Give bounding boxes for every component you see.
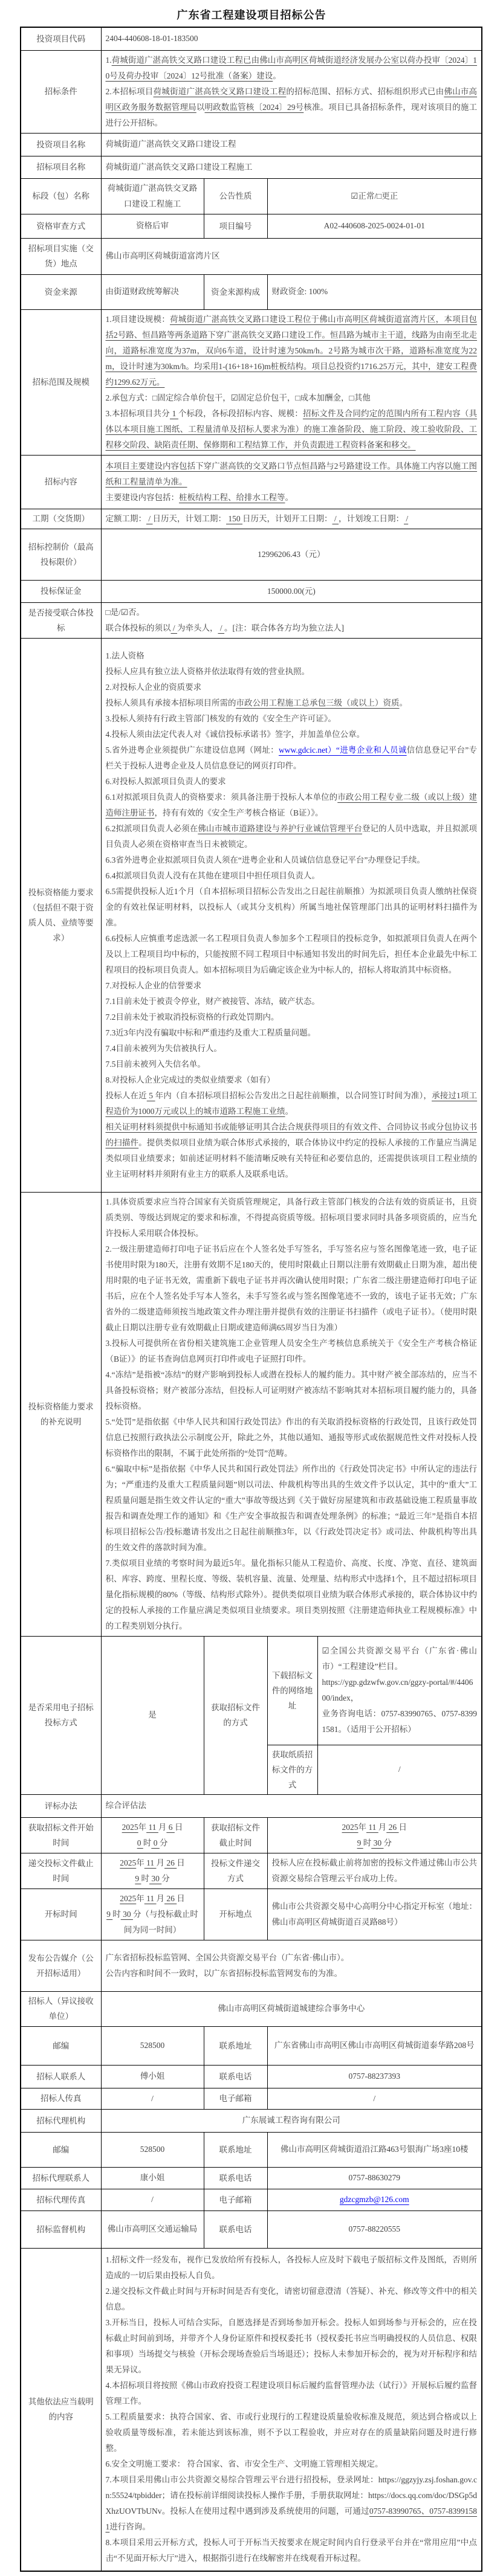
table-row: 招标条件1.荷城街道广湛高铁交叉路口建设工程已由佛山市高明区荷城街道经济发展办公… (21, 50, 482, 133)
text-segment: 5 (147, 1091, 155, 1100)
label-tender-project-name: 招标项目名称 (21, 156, 101, 178)
text-segment: 7.1目前未处于被责令停业，财产被接管、冻结，破产状态。 (106, 997, 320, 1006)
tenderer-value: 佛山市高明区荷城街道城建综合事务中心 (101, 1991, 482, 2026)
project-location-value: 佛山市高明区荷城街道富湾片区 (101, 238, 482, 274)
text-segment: ☑全国公共资源交易平台（广东省·佛山市）“工程建设”栏目。 (322, 1646, 478, 1671)
text-segment: 7.2目前未处于被取消投标资格的行政处罚期内。 (106, 1013, 279, 1022)
paragraph: 联系电话 (209, 2069, 263, 2084)
text-segment: 日历天，计划开工日期： (242, 514, 333, 523)
paragraph: 招标人传真 (25, 2091, 97, 2106)
text-segment: 5.省外进粤企业须提供广东建设信息网（网址： (106, 745, 279, 755)
paragraph: / (106, 2091, 200, 2107)
investment-project-name-value: 荷城街道广湛高铁交叉路口建设工程 (101, 133, 482, 156)
text-segment: 11 (146, 1823, 158, 1832)
label-qualification-review-method: 资格审查方式 (21, 214, 101, 238)
label-bidder-qualification-requirements: 投标资格能力要求（包括但不限于资质人员、业绩等要求） (21, 638, 101, 1192)
paragraph: 邮编 (25, 2038, 97, 2053)
text-segment: 荷城街道广湛高铁交叉路口建设工程位于佛山市高明区荷城街道富湾片区，本项目包括2号… (106, 315, 478, 387)
paragraph: 投标人应具有独立法人资格并依法取得有效的营业执照。 (106, 664, 478, 680)
supervision-authority-value: 佛山市高明区交通运输局 (101, 2211, 204, 2248)
label-notice-nature: 公告性质 (204, 178, 267, 214)
paragraph: 发布公告媒介（公开招标适用） (25, 1951, 97, 1981)
text-segment: 月 (157, 1894, 165, 1903)
paragraph: 综合评估法 (106, 1798, 478, 1814)
text-segment: 发布公告媒介（公开招标适用） (28, 1954, 94, 1978)
label-agency-contact: 招标代理联系人 (21, 2167, 101, 2189)
table-row: 发布公告媒介（公开招标适用）广东省招标投标监管网、全国公共资源交易平台（广东省·… (21, 1940, 482, 1991)
paragraph: 投标人应在投标截止前将加密的投标文件通过佛山市公共资源交易综合管理云平台成功上传… (272, 1855, 478, 1887)
text-segment: 。 (400, 698, 408, 707)
text-segment: 26 (164, 1858, 177, 1867)
text-segment: 定额工期： (106, 514, 147, 523)
text-segment: 开标地点 (219, 1910, 252, 1919)
label-obtain-documents-method: 获取招标文件的方式 (204, 1636, 267, 1794)
label-tenderer: 招标人（异议接收单位） (21, 1991, 101, 2026)
tenderer-postcode-value: 528500 (101, 2026, 204, 2065)
table-row: 招标监督机构佛山市高明区交通运输局联系电话0757-88220555 (21, 2211, 482, 2248)
paragraph: 7.4目前未被列为失信被执行人。 (106, 1041, 478, 1057)
table-row: 邮编528500联系地址佛山市高明区荷城街道沿江路463号银海广场3座10楼 (21, 2132, 482, 2167)
hyperlink[interactable]: www.gdcic.net）“进粤企业和人员诚 (279, 745, 407, 755)
label-tender-conditions: 招标条件 (21, 50, 101, 133)
paragraph: 2.本招标项目荷城街道广湛高铁交叉路口建设工程的招标范围、招标方式、招标组织形式… (106, 84, 478, 131)
label-tenderer-email: 电子邮箱 (204, 2088, 267, 2109)
paragraph: 5.工程质量要求：执符合国家、省、市或行业现行的工程建设质量验收标准及规范，须达… (106, 2409, 478, 2456)
text-segment: 由街道财政统筹解决 (106, 287, 180, 296)
text-segment: 荷城街道广湛高铁交叉路口建设工程施工 (108, 184, 198, 208)
paragraph: 招标代理联系人 (25, 2171, 97, 2186)
paragraph: 6.2拟派项目负责人必须在佛山市城市道路建设与养护行业诚信管理平台登记的人员中选… (106, 821, 478, 852)
text-segment: 投标人须具有承接本招标项目所需的 (106, 698, 236, 707)
text-segment: 投标资格能力要求（包括但不限于资质人员、业绩等要求） (28, 888, 94, 942)
paragraph: 招标人（异议接收单位） (25, 1994, 97, 2024)
text-segment: 年内（自本招标项目招标公告发出之日起往前顺推，以合同签订时间为准）， (155, 1091, 432, 1100)
text-segment: 傅小姐 (140, 2072, 165, 2081)
text-segment: / (398, 1765, 401, 1774)
text-segment: 3.本招标项目共分 (106, 409, 170, 418)
paragraph: ☑全国公共资源交易平台（广东省·佛山市）“工程建设”栏目。 (322, 1643, 478, 1675)
paragraph: 电子邮箱 (209, 2192, 263, 2207)
tenderer-email-value: / (267, 2088, 482, 2109)
label-tenderer-contact: 招标人联系人 (21, 2065, 101, 2088)
text-segment: 1.招标文件一经发布，视作已发放给所有投标人，各投标人应及时下载电子版招标文件及… (106, 2255, 478, 2280)
label-agency-phone: 联系电话 (204, 2167, 267, 2189)
paragraph: 业务咨询电话：0757-83990765、0757-83991581。（适用于公… (322, 1706, 478, 1737)
fund-source-value: 由街道财政统筹解决 (101, 274, 204, 309)
text-segment: 工期（交货期） (33, 514, 90, 523)
paragraph: 6.安全文明施工要求： 符合国家、省、市安全生产、文明施工管理相关规定。 (106, 2456, 478, 2472)
paragraph: 佛山市高明区荷城街道沿江路463号银海广场3座10楼 (272, 2142, 478, 2157)
paragraph: 佛山市高明区荷城街道富湾片区 (106, 248, 478, 264)
text-segment: 年 (359, 1823, 367, 1832)
text-segment: 0757-88220555 (349, 2224, 401, 2233)
text-segment: 6 (166, 1823, 175, 1832)
label-agency-address: 联系地址 (204, 2132, 267, 2167)
text-segment: 荷城街道广湛高铁交叉路口建设工程已由佛山市高明区荷城街道经济发展办公室以荷办投审… (106, 56, 478, 80)
text-segment: 联系地址 (219, 2145, 252, 2154)
paragraph: 2.一级注册建造师打印电子证书后应在个人签名处手写签名，手写签名应与签名图像笔迹… (106, 1241, 478, 1336)
table-row: 工期（交货期）定额工期： / 日历天，计划工期： 150 日历天，计划开工日期：… (21, 509, 482, 529)
paragraph: 联系电话 (209, 2171, 263, 2186)
text-segment: 年 (138, 1823, 147, 1832)
text-segment: 。 (285, 1107, 294, 1116)
text-segment: 0 (151, 1838, 160, 1847)
label-download-url: 下载招标文件的网络地址 (267, 1636, 317, 1745)
text-segment: 广东省招标投标监管网、全国公共资源交易平台（广东省·佛山市）。 (106, 1953, 349, 1962)
paragraph: 本项目主要建设内容包括下穿广湛高铁的交叉路口节点恒昌路与2号路建设工作。具体施工… (106, 459, 478, 490)
text-segment: 7.4目前未被列为失信被执行人。 (106, 1044, 222, 1053)
text-segment: 康小姐 (140, 2173, 165, 2182)
text-segment: 0 (137, 1838, 143, 1847)
text-segment: 4.“冻结”是指被“冻结”的财产影响到投标人或潜在投标人的履约能力。其中财产被全… (106, 1370, 478, 1411)
hyperlink[interactable]: gdzcgmzb@126.com (340, 2195, 409, 2204)
table-row: 获取招标文件开始时间2025年 11 月 6 日 0 时 0 分获取招标文件截止… (21, 1817, 482, 1853)
text-segment: 6.5需提供投标人近1个月（自本招标项目招标公告发出之日起往前顺推）为拟派项目负… (106, 887, 478, 927)
text-segment: 个标段，各标段招标内容、规模： (178, 409, 303, 418)
paragraph: 5.省外进粤企业须提供广东建设信息网（网址：www.gdcic.net）“进粤企… (106, 742, 478, 774)
paragraph: 获取纸质招标文件的方式 (272, 1747, 313, 1792)
paragraph: 1.具体资质要求应当符合国家有关资质管理规定，具备行政主管部门核发的合法有效的资… (106, 1194, 478, 1241)
text-segment: 时 (141, 1874, 149, 1883)
text-segment: 0757-88237393 (349, 2072, 401, 2081)
tender-conditions-value: 1.荷城街道广湛高铁交叉路口建设工程已由佛山市高明区荷城街道经济发展办公室以荷办… (101, 50, 482, 133)
construction-period-value: 定额工期： / 日历天，计划工期： 150 日历天，计划开工日期： / ，计划竣… (101, 509, 482, 529)
text-segment: 日历天，计划工期： (153, 514, 227, 523)
text-segment: 投标人应在投标截止前将加密的投标文件通过佛山市公共资源交易综合管理云平台成功上传… (272, 1858, 478, 1883)
text-segment: 6.6投标人应慎重考虑选派一名工程项目负责人参加多个工程项目的投标竞争，如拟派项… (106, 934, 478, 974)
paragraph: 12996206.43（元） (106, 547, 478, 562)
text-segment: 资金来源 (45, 288, 77, 297)
text-segment: 2025 (120, 1858, 136, 1867)
table-row: 开标时间2025年 11 月 26 日 9 时 30 分（与投标截止时间为同一时… (21, 1889, 482, 1940)
text-segment: 1.具体资质要求应当符合国家有关资质管理规定，具备行政主管部门核发的合法有效的资… (106, 1197, 478, 1238)
text-segment: 1.项目建设规模： (106, 315, 170, 324)
agency-postcode-value: 528500 (101, 2132, 204, 2167)
tenderer-phone-value: 0757-88237393 (267, 2065, 482, 2088)
text-segment: 5.“处罚”是指依据《中华人民共和国行政处罚法》作出的有关取消投标资格的行政处罚… (106, 1417, 478, 1458)
text-segment: 8.对投标人企业完成过的类似业绩要求（如有） (106, 1075, 275, 1084)
text-segment: 招标人联系人 (36, 2072, 85, 2081)
text-segment: 资格后审 (136, 221, 169, 230)
label-control-price: 招标控制价（最高投标限价） (21, 529, 101, 580)
paragraph: 2025年 11 月 26 日 (272, 1820, 478, 1835)
table-row: 是否采用电子招标投标方式是获取招标文件的方式下载招标文件的网络地址☑全国公共资源… (21, 1636, 482, 1745)
paragraph: 获取招标文件截止时间 (209, 1820, 263, 1850)
text-segment: 招标代理联系人 (33, 2174, 90, 2183)
paragraph: 8.本项目采用云开标方式，投标人可于开标当天按要求在规定时间内自行登录平台并在“… (106, 2535, 478, 2566)
paragraph: 9 时 30 分 (272, 1835, 478, 1851)
agency-value: 广东展诚工程咨询有限公司 (101, 2109, 482, 2132)
label-agency-fax: 招标代理传真 (21, 2189, 101, 2211)
text-segment: 0757-88630279 (349, 2173, 401, 2182)
text-segment: 佛山市高明区荷城街道沿江路463号银海广场3座10楼 (281, 2145, 469, 2154)
text-segment: / (373, 2094, 375, 2103)
paragraph: 荷城街道广湛高铁交叉路口建设工程施工 (106, 181, 200, 212)
text-segment: 6.4拟派项目负责人没有在其他在建项目中担任项目负责人。 (106, 871, 320, 880)
text-segment: 时 (363, 1838, 372, 1847)
table-row: 递交投标文件截止时间2025年 11 月 26 日 9 时 30 分投标文件递交… (21, 1853, 482, 1889)
paragraph: 5.“处罚”是指依据《中华人民共和国行政处罚法》作出的有关取消投标资格的行政处罚… (106, 1414, 478, 1461)
label-tenderer-address: 联系地址 (204, 2026, 267, 2065)
text-segment: 市政公用工程施工总承包三级（或以上）资质 (236, 698, 400, 707)
text-segment: 6.安全文明施工要求： 符合国家、省、市安全生产、文明施工管理相关规定。 (106, 2459, 383, 2468)
text-segment: 电子邮箱 (219, 2195, 252, 2204)
paragraph: / (106, 2192, 200, 2207)
text-segment: 。 (273, 71, 281, 80)
label-tenderer-phone: 联系电话 (204, 2065, 267, 2088)
table-row: 投资项目代码2404-440608-18-01-183500 (21, 27, 482, 50)
text-segment: 广东省佛山市高明区佛山市高明区荷城街道泰华路208号 (274, 2041, 475, 2050)
text-segment: 佛山市城市道路建设与养护行业诚信管理平台 (198, 824, 362, 833)
agency-fax-value: / (101, 2189, 204, 2211)
paragraph: 联系地址 (209, 2038, 263, 2053)
text-segment: 公告性质 (219, 192, 252, 201)
label-project-location: 招标项目实施（交货）地点 (21, 238, 101, 274)
paragraph: 3.投标人可提供所在省份相关建筑施工企业管理人员安全生产考核信息系统关于《安全生… (106, 1336, 478, 1367)
text-segment: 获取招标文件开始时间 (28, 1823, 94, 1847)
text-segment: 其他依法应当载明的内容 (28, 2397, 94, 2421)
paragraph: 下载招标文件的网络地址 (272, 1668, 313, 1713)
paragraph: 6.3省外进粤企业拟派项目负责人须在“进粤企业和人员诚信信息登记平台”办理登记手… (106, 852, 478, 868)
bidder-qualification-requirements-value: 1.法人资格投标人应具有独立法人资格并依法取得有效的营业执照。2.对投标人企业的… (101, 638, 482, 1192)
paragraph: 1.荷城街道广湛高铁交叉路口建设工程已由佛山市高明区荷城街道经济发展办公室以荷办… (106, 53, 478, 84)
text-segment: 日 (177, 1858, 185, 1867)
table-row: 其他依法应当载明的内容1.招标文件一经发布，视作已发放给所有投标人，各投标人应及… (21, 2248, 482, 2571)
paragraph: ☑正常/□更正 (272, 188, 478, 204)
text-segment: 150000.00(元) (267, 587, 316, 596)
paragraph: 2025年 11 月 26 日 (106, 1891, 200, 1907)
text-segment: 是否接受联合体投标 (28, 608, 94, 633)
control-price-value: 12996206.43（元） (101, 529, 482, 580)
bid-opening-time-value: 2025年 11 月 26 日 9 时 30 分（与投标截止时间为同一时间） (101, 1889, 204, 1940)
text-segment: 分 (383, 1838, 392, 1847)
paragraph: 是否接受联合体投标 (25, 605, 97, 636)
paragraph: 2.递交投标文件截止时间与开标时间是否有变化，请密切留意澄清（答疑）、补充、修改… (106, 2284, 478, 2315)
text-segment: ，计划竣工日期： (339, 514, 404, 523)
paragraph: 投标资格能力要求（包括但不限于资质人员、业绩等要求） (25, 885, 97, 945)
paragraph: 9 时 30 分 (106, 1871, 200, 1887)
text-segment: / (218, 623, 225, 633)
text-segment: 荷城街道广湛高铁交叉路口建设工程施工 (106, 163, 253, 172)
paragraph: 招标监督机构 (25, 2222, 97, 2237)
paragraph: 投标人须具有承接本招标项目所需的市政公用工程施工总承包三级（或以上）资质。 (106, 695, 478, 711)
paragraph: 开标时间 (25, 1907, 97, 1922)
text-segment: 公告内容和时间不一致时，以广东省招标投标监管网发布的为准。 (106, 1969, 343, 1978)
text-segment: 明政数监管核〔2024〕29号 (204, 103, 303, 112)
text-segment: 6.“骗取中标”是指依据《中华人民共和国行政处罚法》所作出的《行政处罚决定书》中… (106, 1464, 478, 1552)
text-segment: 桩板结构工程、给排水工程等 (179, 493, 285, 502)
text-segment: 30 (149, 1874, 161, 1883)
text-segment: 下载招标文件的网络地址 (272, 1671, 313, 1710)
page-title: 广东省工程建设项目招标公告 (0, 7, 503, 22)
paragraph: 7.2目前未处于被取消投标资格的行政处罚期内。 (106, 1009, 478, 1025)
text-segment: / (333, 514, 339, 523)
paragraph: 公告性质 (209, 188, 263, 204)
paragraph: 528500 (106, 2142, 200, 2157)
paragraph: 150000.00(元) (106, 584, 478, 599)
paragraph: https://ygp.gdzwfw.gov.cn/ggzy-portal/#/… (322, 1675, 478, 1706)
paragraph: 4.“冻结”是指被“冻结”的财产影响到投标人或潜在投标人的履约能力。其中财产被全… (106, 1367, 478, 1414)
text-segment: 日 (175, 1823, 183, 1832)
text-segment: 本项目主要建设内容包括下穿广湛高铁的交叉路口节点恒昌路与2号路建设工作。具体施工… (106, 462, 478, 486)
paragraph: 获取招标文件的方式 (209, 1700, 263, 1730)
text-segment: 是否采用电子招标投标方式 (28, 1703, 94, 1727)
table-row: 资金来源由街道财政统筹解决资金来源构成财政资金: 100% (21, 274, 482, 309)
text-segment: 佛山市高明区交通运输局 (108, 2224, 198, 2233)
paragraph: 7.1目前未处于被责令停业，财产被接管、冻结，破产状态。 (106, 994, 478, 1009)
table-row: 招标项目名称荷城街道广湛高铁交叉路口建设工程施工 (21, 156, 482, 178)
announcement-media-value: 广东省招标投标监管网、全国公共资源交易平台（广东省·佛山市）。公告内容和时间不一… (101, 1940, 482, 1991)
paragraph: 相关证明材料须提供中标通知书或能够证明其合法合规获得项目的有效文件、合同协议书或… (106, 1119, 478, 1182)
text-segment: 26 (386, 1823, 398, 1832)
text-segment: 的招标范围、招标方式、招标组织形式已由 (286, 87, 444, 96)
text-segment: 11 (366, 1823, 378, 1832)
text-segment: 6.1对拟派项目负责人的资格要求：须具备注册于投标人本单位的 (106, 793, 338, 802)
text-segment: 招标代理传真 (36, 2195, 85, 2204)
text-segment: 评标办法 (45, 1802, 77, 1811)
text-segment: 联系电话 (219, 2225, 252, 2234)
text-segment: 联系地址 (219, 2041, 252, 2050)
paragraph: 4.投标人须由法定代表人对《诚信投标承诺书》签字，并加盖单位公章。 (106, 727, 478, 742)
text-segment: 11 (144, 1894, 157, 1903)
other-required-content-value: 1.招标文件一经发布，视作已发放给所有投标人，各投标人应及时下载电子版招标文件及… (101, 2248, 482, 2571)
label-electronic-bidding: 是否采用电子招标投标方式 (21, 1636, 101, 1794)
paragraph: 招标代理机构 (25, 2113, 97, 2128)
label-submission-deadline: 递交投标文件截止时间 (21, 1853, 101, 1889)
project-number-value: A02-440608-2025-0024-01-01 (267, 214, 482, 238)
table-row: 投资项目名称荷城街道广湛高铁交叉路口建设工程 (21, 133, 482, 156)
paragraph: 招标条件 (25, 84, 97, 99)
label-obtain-start-time: 获取招标文件开始时间 (21, 1817, 101, 1853)
label-obtain-deadline: 获取招标文件截止时间 (204, 1817, 267, 1853)
paragraph: 联合体投标的须以 / 为牵头人， / 。[注：联合体各方均为独立法人] (106, 620, 478, 636)
text-segment: 月 (378, 1823, 387, 1832)
submission-method-value: 投标人应在投标截止前将加密的投标文件通过佛山市公共资源交易综合管理云平台成功上传… (267, 1853, 482, 1889)
paragraph: 4.本招标项目将按照《佛山市政府投资工程建设项目标后履约监督管理办法（试行）》开… (106, 2378, 478, 2409)
text-segment: 主要建设内容包括： (106, 493, 180, 502)
paragraph: 康小姐 (106, 2170, 200, 2186)
electronic-bidding-value: 是 (101, 1636, 204, 1794)
paragraph: 6.1对拟派项目负责人的资格要求：须具备注册于投标人本单位的市政公用工程专业二级… (106, 790, 478, 821)
text-segment: 年 (136, 1894, 144, 1903)
paragraph: 7.本项目采用佛山市公共资源交易综合管理云平台进行招投标，登录网址：https:… (106, 2472, 478, 2535)
text-segment: 邮编 (53, 2041, 69, 2050)
tenderer-address-value: 广东省佛山市高明区佛山市高明区荷城街道泰华路208号 (267, 2026, 482, 2065)
text-segment: 佛山市高明区荷城街道城建综合事务中心 (218, 2004, 365, 2013)
paragraph: 广东展诚工程咨询有限公司 (106, 2113, 478, 2128)
paragraph: 联系电话 (209, 2222, 263, 2237)
text-segment: 招标代理机构 (36, 2116, 85, 2125)
text-segment: 2025 (120, 1894, 136, 1903)
text-segment: 联合体投标的须以 (106, 623, 171, 633)
paragraph: 招标项目名称 (25, 159, 97, 175)
paragraph: 资金来源构成 (209, 285, 263, 300)
paragraph: 荷城街道广湛高铁交叉路口建设工程 (106, 137, 478, 152)
paragraph: 8.对投标人企业完成过的类似业绩要求（如有） (106, 1072, 478, 1088)
paragraph: 招标内容 (25, 474, 97, 489)
text-segment: 广东展诚工程咨询有限公司 (242, 2116, 340, 2125)
text-segment: 标段（包）名称 (33, 192, 90, 201)
text-segment: 获取纸质招标文件的方式 (272, 1750, 313, 1789)
paragraph: 招标范围及规模 (25, 375, 97, 390)
text-segment: 9 (106, 1910, 112, 1919)
tender-table-body: 投资项目代码2404-440608-18-01-183500招标条件1.荷城街道… (21, 27, 482, 2571)
text-segment: 6.2拟派项目负责人必须在 (106, 824, 198, 833)
agency-address-value: 佛山市高明区荷城街道沿江路463号银海广场3座10楼 (267, 2132, 482, 2167)
label-tenderer-postcode: 邮编 (21, 2026, 101, 2065)
text-segment: 。提供类似项目业绩为联合体形式承接的，联合体协议中约定的投标人承接的工作量应当满… (106, 1138, 478, 1179)
paragraph: 投标资格能力要求的补充说明 (25, 1399, 97, 1429)
obtain-deadline-value: 2025年 11 月 26 日 9 时 30 分 (267, 1817, 482, 1853)
text-segment: 3.投标人可提供所在省份相关建筑施工企业管理人员安全生产考核信息系统关于《安全生… (106, 1339, 478, 1364)
text-segment: 4.本招标项目将按照《佛山市政府投资工程建设项目标后履约监督管理办法（试行）》开… (106, 2381, 478, 2406)
text-segment: 是 (148, 1710, 157, 1719)
text-segment: ，持有有效的《安全生产考核合格证（B证）》。 (155, 808, 323, 817)
text-segment: / (146, 514, 153, 523)
text-segment: 为牵头人， (177, 623, 218, 633)
paragraph: 递交投标文件截止时间 (25, 1856, 97, 1886)
text-segment: 。[注：联合体各方均为独立法人] (224, 623, 344, 633)
paragraph: 电子邮箱 (209, 2091, 263, 2106)
paragraph: 0757-88220555 (272, 2221, 478, 2237)
investment-project-code-value: 2404-440608-18-01-183500 (101, 27, 482, 50)
table-row: 投标资格能力要求的补充说明1.具体资质要求应当符合国家有关资质管理规定，具备行政… (21, 1192, 482, 1636)
text-segment: 1 (170, 409, 178, 418)
bid-opening-place-value: 佛山市公共资源交易中心高明分中心指定开标室（地址：佛山市高明区荷城街道百灵路88… (267, 1889, 482, 1940)
paragraph: 6.对投标人拟派项目负责人的要求 (106, 774, 478, 790)
text-segment: 荷城街道广湛高铁交叉路口建设工程 (154, 87, 287, 96)
table-row: 招标项目实施（交货）地点佛山市高明区荷城街道富湾片区 (21, 238, 482, 274)
paragraph: / (322, 1762, 478, 1777)
paragraph: 0757-88237393 (272, 2069, 478, 2084)
notice-nature-value: ☑正常/□更正 (267, 178, 482, 214)
paragraph: 招标控制价（最高投标限价） (25, 539, 97, 570)
text-segment: ☑正常/□更正 (351, 192, 398, 201)
text-segment: 2.对投标人企业的资质要求 (106, 683, 202, 692)
paragraph: 公告内容和时间不一致时，以广东省招标投标监管网发布的为准。 (106, 1966, 478, 1982)
text-segment: 1.法人资格 (106, 651, 144, 660)
text-segment: 7.5目前未被列入失信名单。 (106, 1060, 206, 1069)
label-project-number: 项目编号 (204, 214, 267, 238)
text-segment: 9 (135, 1874, 141, 1883)
text-segment: 投资项目名称 (36, 140, 85, 149)
supervision-phone-value: 0757-88220555 (267, 2211, 482, 2248)
text-segment: 2.递交投标文件截止时间与开标时间是否有变化，请密切留意澄清（答疑）、补充、修改… (106, 2287, 478, 2311)
text-segment: 26 (164, 1894, 177, 1903)
table-row: 招标人传真/电子邮箱/ (21, 2088, 482, 2109)
paragraph: 工期（交货期） (25, 511, 97, 526)
label-tender-content: 招标内容 (21, 455, 101, 509)
table-row: 招标代理机构广东展诚工程咨询有限公司 (21, 2109, 482, 2132)
qualification-supplementary-notes-value: 1.具体资质要求应当符合国家有关资质管理规定，具备行政主管部门核发的合法有效的资… (101, 1192, 482, 1636)
paragraph: 广东省佛山市高明区佛山市高明区荷城街道泰华路208号 (272, 2038, 478, 2053)
text-segment: 2025 (122, 1823, 138, 1832)
paragraph: 2404-440608-18-01-183500 (106, 31, 478, 47)
paragraph: 7.3近3年内没有骗取中标和严重违约及重大工程质量问题。 (106, 1025, 478, 1041)
text-segment: 。 (285, 493, 294, 502)
text-segment: 12996206.43（元） (258, 550, 325, 559)
table-row: 招标人（异议接收单位）佛山市高明区荷城街道城建综合事务中心 (21, 1991, 482, 2026)
label-agency-postcode: 邮编 (21, 2132, 101, 2167)
text-segment: 日 (399, 1823, 407, 1832)
paragraph: 投标文件递交方式 (209, 1856, 263, 1886)
paragraph: 2025年 11 月 26 日 (106, 1855, 200, 1871)
paragraph: □是/☑否。 (106, 605, 478, 620)
text-segment: A02-440608-2025-0024-01-01 (324, 221, 425, 230)
text-segment: 6.3省外进粤企业拟派项目负责人须在“进粤企业和人员诚信信息登记平台”办理登记手… (106, 855, 425, 865)
paragraph: 资格审查方式 (25, 219, 97, 234)
table-row: 招标人联系人傅小姐联系电话0757-88237393 (21, 2065, 482, 2088)
